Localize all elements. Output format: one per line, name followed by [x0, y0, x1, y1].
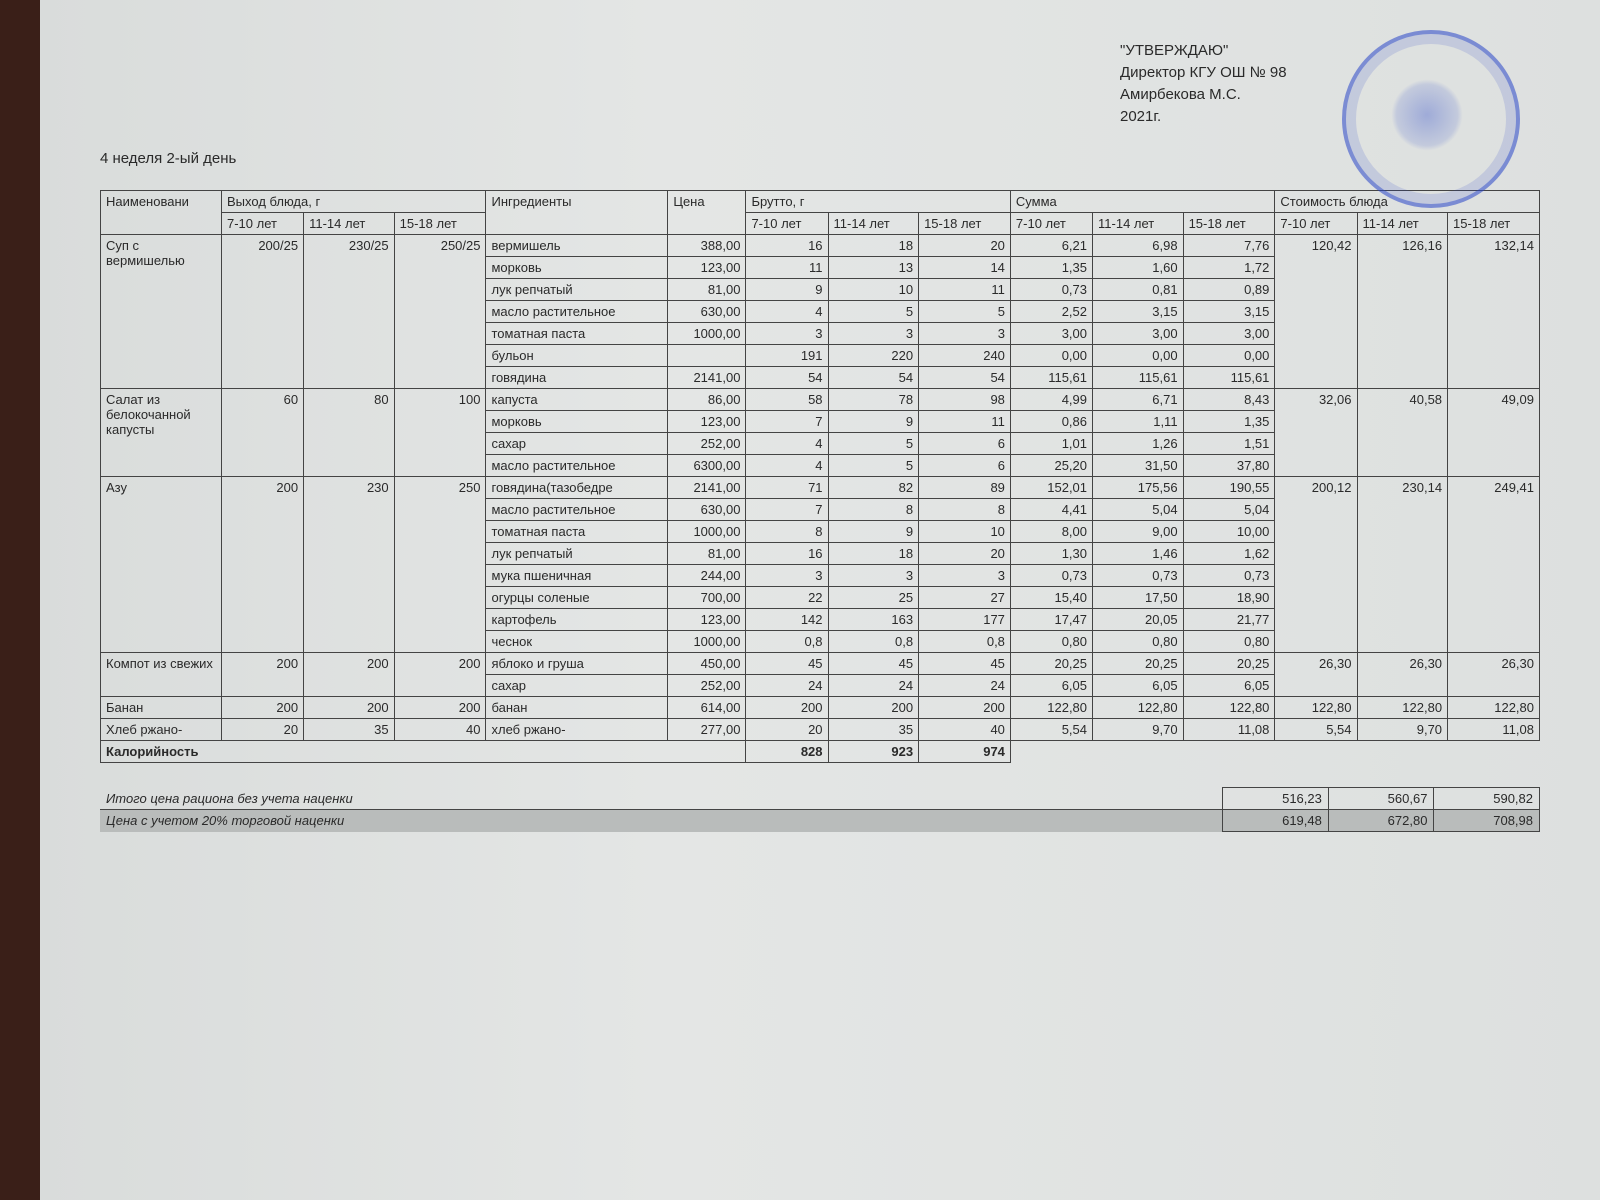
dish-yield: 250	[394, 477, 486, 653]
ingredient-brutto: 5	[919, 301, 1011, 323]
ingredient-price: 123,00	[668, 411, 746, 433]
ingredient-sum: 4,99	[1010, 389, 1092, 411]
ingredient-brutto: 3	[919, 323, 1011, 345]
dish-name: Салат из белокочанной капусты	[101, 389, 222, 477]
ingredient-sum: 6,05	[1010, 675, 1092, 697]
calories-value: 828	[746, 741, 828, 763]
ingredient-name: лук репчатый	[486, 543, 668, 565]
ingredient-sum: 25,20	[1010, 455, 1092, 477]
calories-empty	[1010, 741, 1539, 763]
ingredient-brutto: 9	[746, 279, 828, 301]
dish-cost: 120,42	[1275, 235, 1357, 389]
ingredient-name: хлеб ржано-	[486, 719, 668, 741]
ingredient-sum: 6,05	[1093, 675, 1184, 697]
header-age-group: 7-10 лет	[1275, 213, 1357, 235]
ingredient-name: лук репчатый	[486, 279, 668, 301]
ingredient-brutto: 54	[919, 367, 1011, 389]
ingredient-sum: 17,47	[1010, 609, 1092, 631]
ingredient-name: говядина(тазобедре	[486, 477, 668, 499]
header-age-group: 11-14 лет	[1093, 213, 1184, 235]
header-age-group: 11-14 лет	[1357, 213, 1448, 235]
ingredient-price: 1000,00	[668, 323, 746, 345]
ingredient-brutto: 3	[919, 565, 1011, 587]
dish-yield: 80	[304, 389, 395, 477]
ingredient-price: 1000,00	[668, 631, 746, 653]
ingredient-sum: 10,00	[1183, 521, 1275, 543]
ingredient-name: бульон	[486, 345, 668, 367]
ingredient-price	[668, 345, 746, 367]
ingredient-name: вермишель	[486, 235, 668, 257]
ingredient-price: 252,00	[668, 433, 746, 455]
ingredient-price: 630,00	[668, 499, 746, 521]
dish-name: Компот из свежих	[101, 653, 222, 697]
ingredient-name: огурцы соленые	[486, 587, 668, 609]
ingredient-brutto: 7	[746, 499, 828, 521]
ingredient-brutto: 27	[919, 587, 1011, 609]
ingredient-brutto: 25	[828, 587, 919, 609]
ingredient-sum: 0,73	[1010, 279, 1092, 301]
dish-yield: 200/25	[222, 235, 304, 389]
ingredient-brutto: 8	[828, 499, 919, 521]
ingredient-brutto: 35	[828, 719, 919, 741]
dish-yield: 250/25	[394, 235, 486, 389]
ingredient-brutto: 191	[746, 345, 828, 367]
ingredient-brutto: 8	[919, 499, 1011, 521]
ingredient-brutto: 14	[919, 257, 1011, 279]
header-brutto: Брутто, г	[746, 191, 1010, 213]
ingredient-sum: 7,76	[1183, 235, 1275, 257]
ingredient-sum: 0,80	[1183, 631, 1275, 653]
ingredient-brutto: 82	[828, 477, 919, 499]
ingredient-sum: 1,46	[1093, 543, 1184, 565]
ingredient-name: банан	[486, 697, 668, 719]
ingredient-sum: 5,04	[1093, 499, 1184, 521]
total-value: 708,98	[1434, 810, 1540, 832]
dish-cost: 249,41	[1448, 477, 1540, 653]
ingredient-brutto: 98	[919, 389, 1011, 411]
totals-table: Итого цена рациона без учета наценки516,…	[100, 787, 1540, 832]
header-yield: Выход блюда, г	[222, 191, 486, 213]
ingredient-sum: 115,61	[1093, 367, 1184, 389]
ingredient-sum: 37,80	[1183, 455, 1275, 477]
ingredient-brutto: 45	[919, 653, 1011, 675]
ingredient-sum: 31,50	[1093, 455, 1184, 477]
ingredient-price: 86,00	[668, 389, 746, 411]
table-row: Компот из свежих200200200яблоко и груша4…	[101, 653, 1540, 675]
ingredient-name: капуста	[486, 389, 668, 411]
dish-cost: 5,54	[1275, 719, 1357, 741]
header-age-group: 11-14 лет	[304, 213, 395, 235]
ingredient-sum: 20,25	[1093, 653, 1184, 675]
ingredient-price: 6300,00	[668, 455, 746, 477]
ingredient-brutto: 10	[919, 521, 1011, 543]
ingredient-brutto: 22	[746, 587, 828, 609]
total-value: 590,82	[1434, 788, 1540, 810]
ingredient-brutto: 71	[746, 477, 828, 499]
dish-name: Азу	[101, 477, 222, 653]
dish-cost: 122,80	[1448, 697, 1540, 719]
ingredient-sum: 21,77	[1183, 609, 1275, 631]
table-row: Суп с вермишелью200/25230/25250/25вермиш…	[101, 235, 1540, 257]
header-sum: Сумма	[1010, 191, 1274, 213]
ingredient-brutto: 240	[919, 345, 1011, 367]
dish-yield: 200	[394, 697, 486, 719]
ingredient-sum: 0,86	[1010, 411, 1092, 433]
header-age-group: 15-18 лет	[1448, 213, 1540, 235]
ingredient-sum: 18,90	[1183, 587, 1275, 609]
ingredient-brutto: 18	[828, 235, 919, 257]
official-stamp-icon	[1342, 30, 1520, 208]
dish-cost: 11,08	[1448, 719, 1540, 741]
ingredient-sum: 8,00	[1010, 521, 1092, 543]
ingredient-sum: 9,00	[1093, 521, 1184, 543]
ingredient-sum: 4,41	[1010, 499, 1092, 521]
ingredient-brutto: 3	[828, 565, 919, 587]
ingredient-price: 2141,00	[668, 367, 746, 389]
ingredient-price: 277,00	[668, 719, 746, 741]
ingredient-sum: 5,54	[1010, 719, 1092, 741]
ingredient-brutto: 16	[746, 543, 828, 565]
dish-yield: 200	[304, 697, 395, 719]
dish-yield: 230	[304, 477, 395, 653]
ingredient-sum: 115,61	[1183, 367, 1275, 389]
day-title: 4 неделя 2-ый день	[100, 150, 236, 167]
ingredient-price: 1000,00	[668, 521, 746, 543]
ingredient-sum: 11,08	[1183, 719, 1275, 741]
calories-value: 974	[919, 741, 1011, 763]
header-name: Наименовани	[101, 191, 222, 235]
ingredient-brutto: 4	[746, 301, 828, 323]
ingredient-sum: 2,52	[1010, 301, 1092, 323]
ingredient-sum: 6,21	[1010, 235, 1092, 257]
ingredient-sum: 1,01	[1010, 433, 1092, 455]
ingredient-sum: 6,05	[1183, 675, 1275, 697]
ingredient-brutto: 200	[828, 697, 919, 719]
total-value: 672,80	[1328, 810, 1434, 832]
ingredient-sum: 9,70	[1093, 719, 1184, 741]
table-row: Банан200200200банан614,00200200200122,80…	[101, 697, 1540, 719]
dish-yield: 230/25	[304, 235, 395, 389]
ingredient-sum: 0,73	[1010, 565, 1092, 587]
ingredient-sum: 3,15	[1183, 301, 1275, 323]
total-value: 619,48	[1223, 810, 1329, 832]
ingredient-sum: 1,35	[1010, 257, 1092, 279]
ingredient-brutto: 16	[746, 235, 828, 257]
ingredient-sum: 1,51	[1183, 433, 1275, 455]
ingredient-sum: 152,01	[1010, 477, 1092, 499]
ingredient-brutto: 18	[828, 543, 919, 565]
total-value: 516,23	[1223, 788, 1329, 810]
ingredient-name: масло растительное	[486, 301, 668, 323]
ingredient-brutto: 5	[828, 433, 919, 455]
ingredient-sum: 1,11	[1093, 411, 1184, 433]
table-row: Хлеб ржано-203540хлеб ржано-277,00203540…	[101, 719, 1540, 741]
ingredient-sum: 0,73	[1093, 565, 1184, 587]
dish-cost: 32,06	[1275, 389, 1357, 477]
header-price: Цена	[668, 191, 746, 235]
ingredient-brutto: 9	[828, 521, 919, 543]
menu-sheet: 4 неделя 2-ый день "УТВЕРЖДАЮ" Директор …	[100, 40, 1540, 832]
dish-cost: 26,30	[1275, 653, 1357, 697]
ingredient-price: 450,00	[668, 653, 746, 675]
ingredient-sum: 20,25	[1183, 653, 1275, 675]
dish-cost: 40,58	[1357, 389, 1448, 477]
ingredient-price: 123,00	[668, 609, 746, 631]
header-age-group: 15-18 лет	[919, 213, 1011, 235]
ingredient-sum: 122,80	[1010, 697, 1092, 719]
dish-yield: 60	[222, 389, 304, 477]
dish-cost: 132,14	[1448, 235, 1540, 389]
ingredient-brutto: 6	[919, 433, 1011, 455]
ingredient-price: 2141,00	[668, 477, 746, 499]
ingredient-brutto: 11	[919, 279, 1011, 301]
ingredient-brutto: 24	[746, 675, 828, 697]
ingredient-brutto: 78	[828, 389, 919, 411]
ingredient-sum: 3,15	[1093, 301, 1184, 323]
ingredient-sum: 15,40	[1010, 587, 1092, 609]
ingredient-name: морковь	[486, 411, 668, 433]
ingredient-brutto: 5	[828, 455, 919, 477]
header-age-group: 7-10 лет	[1010, 213, 1092, 235]
ingredient-brutto: 9	[828, 411, 919, 433]
ingredient-sum: 1,26	[1093, 433, 1184, 455]
ingredient-brutto: 4	[746, 433, 828, 455]
total-label: Цена с учетом 20% торговой наценки	[100, 810, 1223, 832]
ingredient-sum: 3,00	[1010, 323, 1092, 345]
ingredient-price: 81,00	[668, 279, 746, 301]
dish-cost: 230,14	[1357, 477, 1448, 653]
dish-yield: 200	[222, 653, 304, 697]
ingredient-sum: 1,72	[1183, 257, 1275, 279]
dish-yield: 200	[222, 477, 304, 653]
ingredient-sum: 0,80	[1093, 631, 1184, 653]
ingredient-brutto: 89	[919, 477, 1011, 499]
dish-name: Хлеб ржано-	[101, 719, 222, 741]
ingredient-brutto: 3	[828, 323, 919, 345]
ingredient-brutto: 4	[746, 455, 828, 477]
table-row: Салат из белокочанной капусты6080100капу…	[101, 389, 1540, 411]
ingredient-brutto: 0,8	[828, 631, 919, 653]
ingredient-brutto: 220	[828, 345, 919, 367]
ingredient-brutto: 45	[828, 653, 919, 675]
ingredient-brutto: 5	[828, 301, 919, 323]
ingredient-price: 388,00	[668, 235, 746, 257]
ingredient-sum: 0,81	[1093, 279, 1184, 301]
ingredient-name: томатная паста	[486, 323, 668, 345]
dish-yield: 20	[222, 719, 304, 741]
ingredient-brutto: 0,8	[746, 631, 828, 653]
ingredient-brutto: 45	[746, 653, 828, 675]
total-row: Итого цена рациона без учета наценки516,…	[100, 788, 1540, 810]
ingredient-price: 123,00	[668, 257, 746, 279]
ingredient-brutto: 10	[828, 279, 919, 301]
ingredient-sum: 8,43	[1183, 389, 1275, 411]
approval-block: "УТВЕРЖДАЮ" Директор КГУ ОШ № 98 Амирбек…	[1120, 40, 1540, 190]
dish-cost: 26,30	[1357, 653, 1448, 697]
ingredient-sum: 0,00	[1093, 345, 1184, 367]
ingredient-brutto: 8	[746, 521, 828, 543]
ingredient-price: 614,00	[668, 697, 746, 719]
ingredient-brutto: 11	[919, 411, 1011, 433]
ingredient-brutto: 11	[746, 257, 828, 279]
dish-cost: 26,30	[1448, 653, 1540, 697]
dish-yield: 200	[394, 653, 486, 697]
ingredient-brutto: 20	[919, 235, 1011, 257]
ingredient-sum: 20,05	[1093, 609, 1184, 631]
ingredient-brutto: 54	[746, 367, 828, 389]
ingredient-sum: 17,50	[1093, 587, 1184, 609]
ingredient-name: говядина	[486, 367, 668, 389]
ingredient-sum: 122,80	[1183, 697, 1275, 719]
ingredient-name: яблоко и груша	[486, 653, 668, 675]
calories-row: Калорийность828923974	[101, 741, 1540, 763]
dish-cost: 122,80	[1275, 697, 1357, 719]
dish-name: Банан	[101, 697, 222, 719]
ingredient-sum: 0,00	[1010, 345, 1092, 367]
ingredient-brutto: 7	[746, 411, 828, 433]
ingredient-brutto: 163	[828, 609, 919, 631]
ingredient-brutto: 20	[919, 543, 1011, 565]
header-ingredients: Ингредиенты	[486, 191, 668, 235]
header-age-group: 7-10 лет	[222, 213, 304, 235]
dish-name: Суп с вермишелью	[101, 235, 222, 389]
ingredient-sum: 1,60	[1093, 257, 1184, 279]
ingredient-brutto: 200	[919, 697, 1011, 719]
ingredient-brutto: 13	[828, 257, 919, 279]
ingredient-brutto: 6	[919, 455, 1011, 477]
ingredient-brutto: 58	[746, 389, 828, 411]
ingredient-sum: 115,61	[1010, 367, 1092, 389]
dish-yield: 200	[304, 653, 395, 697]
ingredient-name: морковь	[486, 257, 668, 279]
dish-cost: 200,12	[1275, 477, 1357, 653]
ingredient-name: мука пшеничная	[486, 565, 668, 587]
ingredient-name: томатная паста	[486, 521, 668, 543]
ingredient-sum: 5,04	[1183, 499, 1275, 521]
dish-yield: 35	[304, 719, 395, 741]
ingredient-sum: 0,80	[1010, 631, 1092, 653]
calories-label: Калорийность	[101, 741, 746, 763]
document-paper: 4 неделя 2-ый день "УТВЕРЖДАЮ" Директор …	[40, 0, 1600, 1200]
total-value: 560,67	[1328, 788, 1434, 810]
ingredient-brutto: 0,8	[919, 631, 1011, 653]
dish-yield: 200	[222, 697, 304, 719]
ingredient-sum: 20,25	[1010, 653, 1092, 675]
header-age-group: 15-18 лет	[394, 213, 486, 235]
ingredient-brutto: 3	[746, 323, 828, 345]
ingredient-sum: 3,00	[1093, 323, 1184, 345]
ingredient-sum: 175,56	[1093, 477, 1184, 499]
ingredient-brutto: 54	[828, 367, 919, 389]
header-age-group: 11-14 лет	[828, 213, 919, 235]
ingredient-sum: 3,00	[1183, 323, 1275, 345]
ingredient-price: 244,00	[668, 565, 746, 587]
calories-value: 923	[828, 741, 919, 763]
ingredient-sum: 1,62	[1183, 543, 1275, 565]
ingredient-sum: 0,89	[1183, 279, 1275, 301]
header-age-group: 15-18 лет	[1183, 213, 1275, 235]
ingredient-sum: 1,30	[1010, 543, 1092, 565]
ingredient-price: 252,00	[668, 675, 746, 697]
header-age-group: 7-10 лет	[746, 213, 828, 235]
ingredient-name: сахар	[486, 675, 668, 697]
ingredient-price: 81,00	[668, 543, 746, 565]
table-row: Азу200230250говядина(тазобедре2141,00718…	[101, 477, 1540, 499]
dish-cost: 122,80	[1357, 697, 1448, 719]
ingredient-brutto: 142	[746, 609, 828, 631]
ingredient-brutto: 3	[746, 565, 828, 587]
ingredient-brutto: 200	[746, 697, 828, 719]
ingredient-sum: 190,55	[1183, 477, 1275, 499]
ingredient-sum: 122,80	[1093, 697, 1184, 719]
dish-yield: 100	[394, 389, 486, 477]
ingredient-price: 630,00	[668, 301, 746, 323]
dish-yield: 40	[394, 719, 486, 741]
total-markup-row: Цена с учетом 20% торговой наценки619,48…	[100, 810, 1540, 832]
ingredient-sum: 0,73	[1183, 565, 1275, 587]
ingredient-sum: 0,00	[1183, 345, 1275, 367]
dish-cost: 9,70	[1357, 719, 1448, 741]
ingredient-brutto: 20	[746, 719, 828, 741]
ingredient-sum: 6,98	[1093, 235, 1184, 257]
ingredient-name: масло растительное	[486, 455, 668, 477]
ingredient-brutto: 40	[919, 719, 1011, 741]
ingredient-brutto: 24	[828, 675, 919, 697]
ingredient-sum: 1,35	[1183, 411, 1275, 433]
ingredient-name: чеснок	[486, 631, 668, 653]
ingredient-brutto: 24	[919, 675, 1011, 697]
ingredient-price: 700,00	[668, 587, 746, 609]
total-label: Итого цена рациона без учета наценки	[100, 788, 1223, 810]
dish-cost: 126,16	[1357, 235, 1448, 389]
dish-cost: 49,09	[1448, 389, 1540, 477]
ingredient-name: картофель	[486, 609, 668, 631]
ingredient-sum: 6,71	[1093, 389, 1184, 411]
ingredient-name: масло растительное	[486, 499, 668, 521]
ingredient-name: сахар	[486, 433, 668, 455]
menu-table: Наименовани Выход блюда, г Ингредиенты Ц…	[100, 190, 1540, 763]
ingredient-brutto: 177	[919, 609, 1011, 631]
